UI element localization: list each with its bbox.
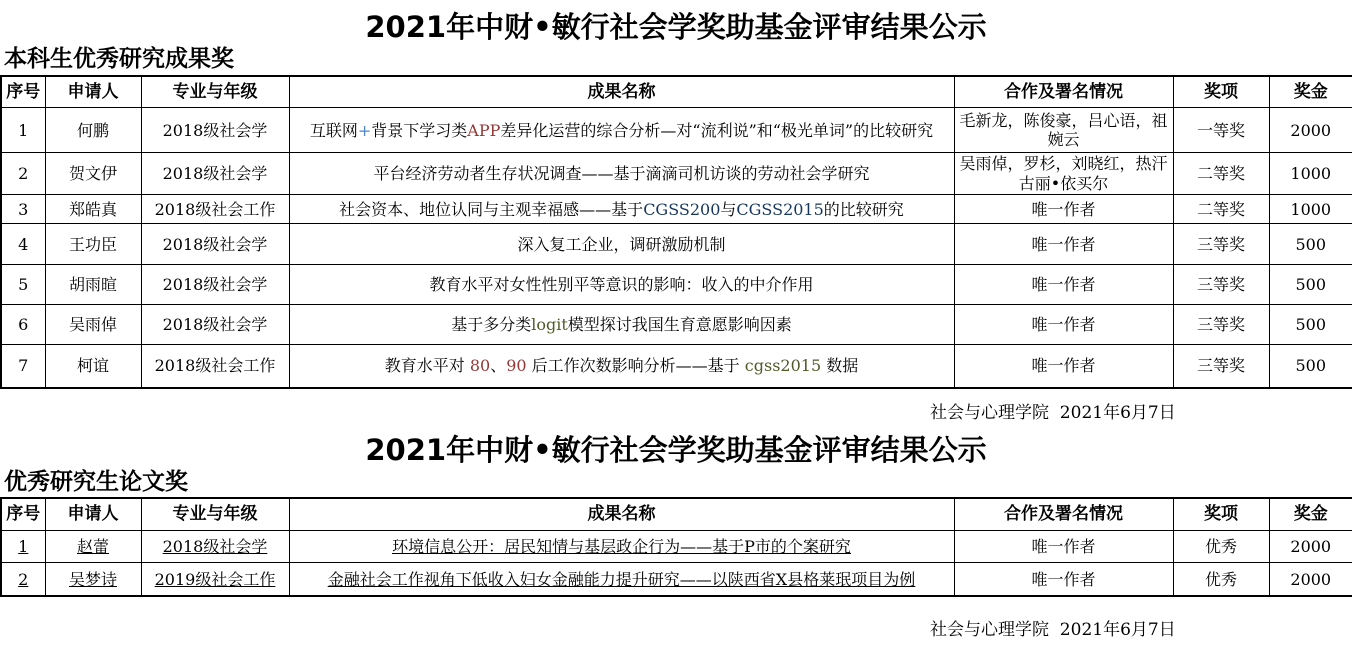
cell-award: 三等奖 (1173, 224, 1269, 265)
cell-major: 2018级社会学 (141, 153, 289, 195)
cell-no: 6 (1, 305, 45, 345)
cell-coop: 唯一作者 (954, 195, 1173, 224)
cell-major: 2019级社会工作 (141, 562, 289, 596)
result-row: 5 胡雨暄 2018级社会学 教育水平对女性性别平等意识的影响：收入的中介作用 … (1, 265, 1352, 305)
cell-amount: 500 (1269, 224, 1352, 265)
col-header-coop: 合作及署名情况 (954, 76, 1173, 108)
result-row: 2 贺文伊 2018级社会学 平台经济劳动者生存状况调查——基于滴滴司机访谈的劳… (1, 153, 1352, 195)
cell-applicant: 赵蕾 (45, 530, 141, 562)
cell-amount: 500 (1269, 345, 1352, 388)
undergrad-results-table: 序号 申请人 专业与年级 成果名称 合作及署名情况 奖项 奖金 1 何鹏 201… (0, 75, 1352, 389)
table-header-row: 序号 申请人 专业与年级 成果名称 合作及署名情况 奖项 奖金 (1, 498, 1352, 530)
cell-work: 教育水平对 80、90 后工作次数影响分析——基于 cgss2015 数据 (289, 345, 954, 388)
cell-coop: 唯一作者 (954, 265, 1173, 305)
result-row: 6 吴雨倬 2018级社会学 基于多分类logit模型探讨我国生育意愿影响因素 … (1, 305, 1352, 345)
cell-coop: 吴雨倬，罗杉，刘晓红，热汗古丽•依买尔 (954, 153, 1173, 195)
result-row: 1 赵蕾 2018级社会学 环境信息公开：居民知情与基层政企行为——基于P市的个… (1, 530, 1352, 562)
cell-award: 一等奖 (1173, 108, 1269, 153)
graduate-results-table: 序号 申请人 专业与年级 成果名称 合作及署名情况 奖项 奖金 1 赵蕾 201… (0, 497, 1352, 597)
cell-major: 2018级社会学 (141, 265, 289, 305)
cell-applicant: 柯谊 (45, 345, 141, 388)
result-row: 4 王功臣 2018级社会学 深入复工企业，调研激励机制 唯一作者 三等奖 50… (1, 224, 1352, 265)
signature-line: 社会与心理学院 2021年6月7日 (930, 402, 1352, 424)
result-row: 3 郑皓真 2018级社会工作 社会资本、地位认同与主观幸福感——基于CGSS2… (1, 195, 1352, 224)
cell-major: 2018级社会学 (141, 224, 289, 265)
cell-work: 社会资本、地位认同与主观幸福感——基于CGSS200与CGSS2015的比较研究 (289, 195, 954, 224)
cell-work: 平台经济劳动者生存状况调查——基于滴滴司机访谈的劳动社会学研究 (289, 153, 954, 195)
cell-award: 优秀 (1173, 530, 1269, 562)
result-row: 7 柯谊 2018级社会工作 教育水平对 80、90 后工作次数影响分析——基于… (1, 345, 1352, 388)
cell-no: 7 (1, 345, 45, 388)
cell-work: 环境信息公开：居民知情与基层政企行为——基于P市的个案研究 (289, 530, 954, 562)
cell-work: 互联网+背景下学习类APP差异化运营的综合分析—对“流利说”和“极光单词”的比较… (289, 108, 954, 153)
page-title: 2021年中财•敏行社会学奖助基金评审结果公示 (0, 11, 1352, 44)
cell-applicant: 王功臣 (45, 224, 141, 265)
col-header-award: 奖项 (1173, 76, 1269, 108)
cell-applicant: 贺文伊 (45, 153, 141, 195)
cell-award: 三等奖 (1173, 305, 1269, 345)
result-row: 2 吴梦诗 2019级社会工作 金融社会工作视角下低收入妇女金融能力提升研究——… (1, 562, 1352, 596)
cell-coop: 唯一作者 (954, 224, 1173, 265)
cell-coop: 唯一作者 (954, 305, 1173, 345)
cell-major: 2018级社会工作 (141, 195, 289, 224)
cell-amount: 2000 (1269, 562, 1352, 596)
cell-work: 基于多分类logit模型探讨我国生育意愿影响因素 (289, 305, 954, 345)
cell-award: 二等奖 (1173, 153, 1269, 195)
section-title-graduate: 优秀研究生论文奖 (4, 470, 1352, 495)
cell-major: 2018级社会学 (141, 530, 289, 562)
signature-line: 社会与心理学院 2021年6月7日 (930, 619, 1352, 641)
cell-no: 5 (1, 265, 45, 305)
cell-applicant: 吴梦诗 (45, 562, 141, 596)
cell-work: 深入复工企业，调研激励机制 (289, 224, 954, 265)
cell-no: 3 (1, 195, 45, 224)
col-header-applicant: 申请人 (45, 76, 141, 108)
col-header-no: 序号 (1, 76, 45, 108)
cell-amount: 1000 (1269, 153, 1352, 195)
col-header-major: 专业与年级 (141, 498, 289, 530)
cell-coop: 唯一作者 (954, 562, 1173, 596)
result-row: 1 何鹏 2018级社会学 互联网+背景下学习类APP差异化运营的综合分析—对“… (1, 108, 1352, 153)
cell-work: 金融社会工作视角下低收入妇女金融能力提升研究——以陕西省X县格莱珉项目为例 (289, 562, 954, 596)
cell-no: 2 (1, 153, 45, 195)
col-header-award: 奖项 (1173, 498, 1269, 530)
cell-no: 2 (1, 562, 45, 596)
cell-applicant: 郑皓真 (45, 195, 141, 224)
cell-major: 2018级社会工作 (141, 345, 289, 388)
cell-coop: 毛新龙，陈俊豪，吕心语，祖婉云 (954, 108, 1173, 153)
cell-major: 2018级社会学 (141, 108, 289, 153)
section-title-undergrad: 本科生优秀研究成果奖 (4, 47, 1352, 72)
col-header-amount: 奖金 (1269, 76, 1352, 108)
cell-no: 1 (1, 530, 45, 562)
col-header-no: 序号 (1, 498, 45, 530)
cell-amount: 2000 (1269, 530, 1352, 562)
cell-amount: 1000 (1269, 195, 1352, 224)
cell-work: 教育水平对女性性别平等意识的影响：收入的中介作用 (289, 265, 954, 305)
cell-major: 2018级社会学 (141, 305, 289, 345)
col-header-major: 专业与年级 (141, 76, 289, 108)
cell-amount: 500 (1269, 305, 1352, 345)
col-header-work: 成果名称 (289, 498, 954, 530)
cell-award: 优秀 (1173, 562, 1269, 596)
cell-applicant: 吴雨倬 (45, 305, 141, 345)
cell-amount: 500 (1269, 265, 1352, 305)
table-header-row: 序号 申请人 专业与年级 成果名称 合作及署名情况 奖项 奖金 (1, 76, 1352, 108)
cell-amount: 2000 (1269, 108, 1352, 153)
col-header-applicant: 申请人 (45, 498, 141, 530)
cell-award: 二等奖 (1173, 195, 1269, 224)
cell-applicant: 胡雨暄 (45, 265, 141, 305)
col-header-amount: 奖金 (1269, 498, 1352, 530)
cell-no: 4 (1, 224, 45, 265)
cell-applicant: 何鹏 (45, 108, 141, 153)
col-header-work: 成果名称 (289, 76, 954, 108)
col-header-coop: 合作及署名情况 (954, 498, 1173, 530)
cell-coop: 唯一作者 (954, 345, 1173, 388)
cell-coop: 唯一作者 (954, 530, 1173, 562)
cell-award: 三等奖 (1173, 345, 1269, 388)
cell-no: 1 (1, 108, 45, 153)
cell-award: 三等奖 (1173, 265, 1269, 305)
page-title-second: 2021年中财•敏行社会学奖助基金评审结果公示 (0, 434, 1352, 467)
